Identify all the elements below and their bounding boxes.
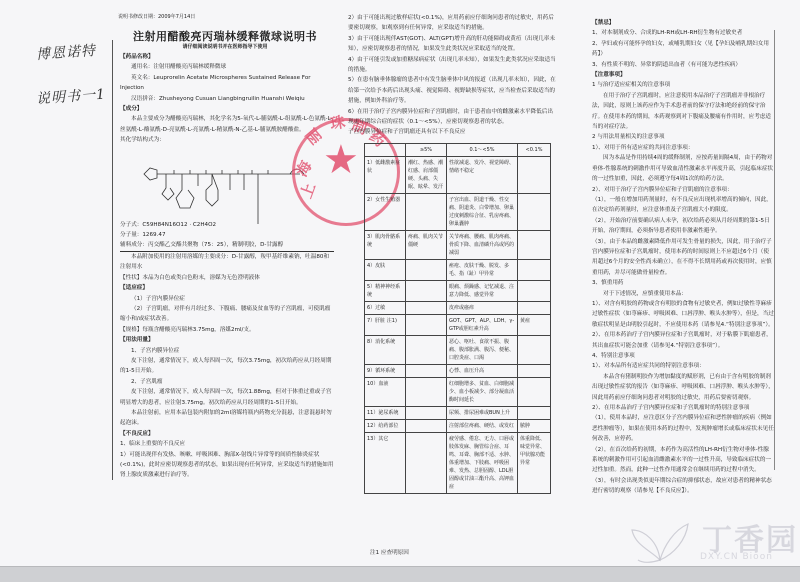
adverse-item: 5）在患有脑垂体腺瘤的患者中有发生脑垂体中风的报道（出现几率未知），因此，在给第… <box>348 75 558 106</box>
handwritten-note-line1: 博恩诺特 <box>35 40 96 64</box>
table-cell <box>518 302 551 315</box>
table-cell: 黄疸 <box>518 315 551 336</box>
precaution-paragraph: （2），开始治疗前要确认病人未孕，初次给药必须从月经周期的第1-5日开始，治疗期… <box>592 216 774 237</box>
precaution-paragraph: （1），使用本品时，应注意区分子宫内膜异位症和恶性肿瘤的疾病（例如恶性肿瘤等），… <box>592 413 774 444</box>
table-row: 10）血液红细胞增多、贫血、白细胞减少、血小板减少、部分凝血活酶时间延长 <box>365 378 551 407</box>
table-cell <box>518 365 551 378</box>
precaution-paragraph: 2）、在用本品治疗子宫内膜异位症和子宫肌瘤时的特别注意事项 <box>592 403 774 413</box>
precaution-paragraph: 1 与治疗适应症相关的注意事项 <box>592 80 774 90</box>
table-row: 12）给药部位注射部位疼痛、硬结、或发红脓肿 <box>365 420 551 433</box>
table-cell: 注射部位疼痛、硬结、或发红 <box>447 420 518 433</box>
precaution-paragraph: 2）、对用于治疗子宫内膜异位症和子宫肌瘤的注意事项： <box>592 185 774 195</box>
english-name: 英文名：Leuprorelin Acetate Microspheres Sus… <box>120 73 334 94</box>
table-row: 1）低雌激素症状潮红、热感、潮红感、肩部僵硬、头痛、失眠、眩晕、发汗性欲减退、发… <box>365 157 551 194</box>
table-cell: 2）女性生殖器 <box>365 194 406 231</box>
contraindication-item: 2、孕妇或有可能怀孕的妇女，或哺乳期妇女（见【孕妇及哺乳期妇女用药】） <box>592 39 774 60</box>
table-cell: 眼痛、烦躁感、记忆减退、注意力降低、感觉异常 <box>447 281 518 302</box>
indication-item: （1）子宫内膜异位症 <box>120 294 334 304</box>
dosage-item: 皮下注射，通常情况下，成人每四周一次，每次1.88mg，但对于体重过重或子宫明显… <box>120 387 334 408</box>
precaution-paragraph: 1）、对含有明胶的药物或含有明胶的食物有过敏史者，例如过敏性荨麻疹过敏性症状（如… <box>592 299 774 330</box>
adverse-item: 2）由于可能出现过敏样症状(<0.1%)，应用药前应仔细询问患者的过敏史，用药后… <box>348 13 558 34</box>
table-cell: 尿频、排尿困难或BUN上升 <box>447 407 518 420</box>
table-cell <box>406 302 447 315</box>
pinyin-name: 汉语拼音：Zhusheyong Cusuan Liangbingruilin H… <box>120 94 334 104</box>
table-cell: 脓肿 <box>518 420 551 433</box>
precaution-paragraph: 在用于治疗子宫肌瘤时，应注意使用本品治疗子宫肌瘤并非根治疗法，因此，原则上该药应… <box>592 91 774 133</box>
table-cell <box>406 420 447 433</box>
revision-date: 说明书修改日期：2009年7月14日 <box>118 13 195 20</box>
dosage-item: 本品注射前，应用本品包装内附加的2ml溶媒将瓶内药物充分混悬，注意混悬时勿起泡沫… <box>120 408 334 429</box>
specification: 【规格】每瓶含醋酸亮丙瑞林3.75mg，溶媒2ml/支。 <box>120 325 334 335</box>
table-header <box>365 144 406 157</box>
adverse-sub: 1、临床上重要的不良反应 <box>120 439 334 449</box>
table-header-row: ≥5% 0.1～<5% <0.1% <box>365 144 551 157</box>
section-drug-name: 【药品名称】 <box>120 52 334 62</box>
table-cell <box>406 433 447 494</box>
table-cell: 5）精神神经系统 <box>365 281 406 302</box>
table-row: 5）精神神经系统眼痛、烦躁感、记忆减退、注意力降低、感觉异常 <box>365 281 551 302</box>
indication-item: （2）子宫肌瘤，对伴有月经过多、下腹痛、腰痛及贫血等的子宫肌瘤，可使肌瘤缩小和/… <box>120 304 334 325</box>
precaution-paragraph: （1），一般在增加用药剂量时，有不良反应出现机率增高的倾向，因此，在决定给药剂量… <box>592 195 774 216</box>
table-cell: 4）皮肤 <box>365 260 406 281</box>
fold-line-right <box>774 30 775 470</box>
adverse-reactions-table: ≥5% 0.1～<5% <0.1% 1）低雌激素症状潮红、热感、潮红感、肩部僵硬… <box>364 143 551 494</box>
precaution-paragraph: 2）、在用本药治疗子宫内膜异位症和子宫肌瘤时，对于粘膜下肌瘤患者，其出血症状可能… <box>592 330 774 351</box>
table-row: 9）循环系统心悸、血压升高 <box>365 365 551 378</box>
table-cell: 痤疮、皮肤干燥、脱发、多毛、指（趾）甲异常 <box>447 260 518 281</box>
table-cell: GOT、GPT、ALP、LDH、γ-GTP或胆红素升高 <box>447 315 518 336</box>
section-precautions: 【注意事项】 <box>592 70 774 80</box>
precaution-paragraph: 1）、对本品所有适应症共同的特别注意事项： <box>592 361 774 371</box>
table-cell <box>406 336 447 365</box>
middle-column: 2）由于可能出现过敏样症状(<0.1%)，应用药前应仔细询问患者的过敏史，用药后… <box>348 13 558 138</box>
contraindication-item: 1、对本制剂成分、合成的LH-RH或LH-RH衍生物有过敏史者 <box>592 28 774 38</box>
table-row: 6）过敏皮疹或瘙痒 <box>365 302 551 315</box>
table-cell <box>518 260 551 281</box>
section-composition: 【成分】 <box>120 104 334 114</box>
table-cell: 关节疼痛、腰痛、肌肉疼痛、骨质下降、血清磷升高或钙的减弱 <box>447 231 518 260</box>
generic-name: 通用名：注射用醋酸亮丙瑞林缓释微球 <box>120 62 334 72</box>
scan-bottom-edge <box>0 566 800 582</box>
table-cell: 13）其它 <box>365 433 406 494</box>
table-row: 7）肝脏 注1)GOT、GPT、ALP、LDH、γ-GTP或胆红素升高黄疸 <box>365 315 551 336</box>
table-cell: 皮疹或瘙痒 <box>447 302 518 315</box>
table-cell: 性欲减退、发冷、视觉障碍、情绪不稳定 <box>447 157 518 194</box>
table-cell: 11）泌尿系统 <box>365 407 406 420</box>
table-cell: 疲劳感、倦怠、无力、口唇或肢体发麻、胸管综合症、耳鸣、耳聋、胸部不适、水肿、体重… <box>447 433 518 494</box>
table-cell: 红细胞增多、贫血、白细胞减少、血小板减少、部分凝血活酶时间延长 <box>447 378 518 407</box>
section-dosage: 【用法用量】 <box>120 335 334 345</box>
document-subtitle: 请仔细阅读说明书并在医师指导下使用 <box>118 43 332 50</box>
section-indications: 【适应症】 <box>120 283 334 293</box>
table-cell <box>406 281 447 302</box>
contraindication-item: 3、有性质不明的、异常的阴道出血者（有可能为恶性疾病） <box>592 60 774 70</box>
table-cell: 心悸、血压升高 <box>447 365 518 378</box>
table-cell <box>518 194 551 231</box>
table-cell: 12）给药部位 <box>365 420 406 433</box>
precaution-paragraph: 4、特别注意事项 <box>592 351 774 361</box>
dosage-item: 1、子宫内膜异位症 <box>120 346 334 356</box>
fold-line-left <box>112 40 113 480</box>
table-cell: 潮红、热感、潮红感、肩部僵硬、头痛、失眠、眩晕、发汗 <box>406 157 447 194</box>
table-cell: 子宫出血、阴道干燥、性交痛、阴道炎、白带增加、卵巢过度刺激综合征、乳房疼痛、卵巢… <box>447 194 518 231</box>
seal-star-icon: ★ <box>323 140 359 180</box>
precaution-paragraph: 3、慎重用药 <box>592 278 774 288</box>
table-footnote: 注1 应查明原因 <box>370 548 409 558</box>
table-row: 4）皮肤痤疮、皮肤干燥、脱发、多毛、指（趾）甲异常 <box>365 260 551 281</box>
description: 【性状】本品为白色或类白色粉末，溶媒为无色澄明液体 <box>120 273 334 283</box>
molecular-weight: 分子量：1269.47 <box>120 230 334 240</box>
precaution-paragraph: （2），在首次给药的初期，本药作为高活性的LH-RH衍生物对垂体-性腺系统的刺激… <box>592 445 774 476</box>
table-cell <box>406 407 447 420</box>
table-cell <box>406 315 447 336</box>
table-header: ≥5% <box>406 144 447 157</box>
adverse-item: 4）由于可能引发或加重糖尿病症状（出现几率未知），如果发生此类状况应采取适当的措… <box>348 55 558 76</box>
table-intro: 子宫内膜异位症和子宫肌瘤还具有以下不良反应 <box>348 127 558 137</box>
table-cell: 8）消化系统 <box>365 336 406 365</box>
table-row: 13）其它疲劳感、倦怠、无力、口唇或肢体发麻、胸管综合症、耳鸣、耳聋、胸部不适、… <box>365 433 551 494</box>
dosage-item: 皮下注射，通常情况下，成人每四周一次，每次3.75mg，初次给药应从月经周期的1… <box>120 356 334 377</box>
precaution-paragraph: 因为本品是作用持续4周的缓释制剂，应按药量间隔4周，由于药物对垂体-性腺系统的刺… <box>592 153 774 184</box>
table-cell: 3）肌肉骨骼系统 <box>365 231 406 260</box>
excipients: 辅料成分：丙交酯乙交酯共聚物（75：25），精制明胶，D-甘露醇 <box>120 240 334 251</box>
table-cell <box>518 336 551 365</box>
table-cell: 疼痛、肌肉关节僵硬 <box>406 231 447 260</box>
precaution-paragraph: 1）、对用于所有适应症的共同注意事项： <box>592 143 774 153</box>
table-cell: 6）过敏 <box>365 302 406 315</box>
table-cell: 1）低雌激素症状 <box>365 157 406 194</box>
table-cell <box>406 194 447 231</box>
table-cell <box>518 281 551 302</box>
adverse-item: 6）在用于治疗子宫内膜异位症和子宫肌瘤时，由于患者血中的雌激素水平降低后出现更年… <box>348 107 558 128</box>
table-cell: 10）血液 <box>365 378 406 407</box>
watermark-leaf-icon <box>630 520 690 565</box>
section-adverse: 【不良反应】 <box>120 429 334 439</box>
adverse-item: 1）可能出现伴有发热、咳嗽、呼吸困难、胸部X-射线片异常等的间质性肺炎症状(<0… <box>120 450 334 481</box>
right-column: 【禁忌】 1、对本制剂成分、合成的LH-RH或LH-RH衍生物有过敏史者 2、孕… <box>592 18 774 497</box>
table-cell <box>518 231 551 260</box>
table-header: 0.1～<5% <box>447 144 518 157</box>
left-column: 【药品名称】 通用名：注射用醋酸亮丙瑞林缓释微球 英文名：Leuprorelin… <box>120 52 334 481</box>
precaution-paragraph: 本品含有猪制明胶作为增加黏度的赋形剂，已有由于含有明胶的制剂出现过敏性症状的报告… <box>592 372 774 403</box>
table-cell: 恶心、呕吐、食欲不振、腹痛、腹部胀满、腹泻、便秘、口腔炎症、口渴 <box>447 336 518 365</box>
table-cell <box>518 157 551 194</box>
table-cell <box>406 365 447 378</box>
dosage-item: 2、子宫肌瘤 <box>120 377 334 387</box>
document-title: 注射用醋酸亮丙瑞林缓释微球说明书 <box>118 28 332 44</box>
table-cell: 体重降低、味觉异常、甲状腺功能异常 <box>518 433 551 494</box>
precaution-paragraph: （3），有时会出现类似更年期综合症的抑郁状态，故应对患者的精神状态进行密切的观察… <box>592 476 774 497</box>
scanned-document-page: 博恩诺特 说明书一1 说明书修改日期：2009年7月14日 注射用醋酸亮丙瑞林缓… <box>0 0 800 566</box>
table-row: 3）肌肉骨骼系统疼痛、肌肉关节僵硬关节疼痛、腰痛、肌肉疼痛、骨质下降、血清磷升高… <box>365 231 551 260</box>
table-cell: 9）循环系统 <box>365 365 406 378</box>
watermark-subtext: DXY.CN Bioon <box>700 552 773 562</box>
table-cell <box>406 378 447 407</box>
table-row: 11）泌尿系统尿频、排尿困难或BUN上升 <box>365 407 551 420</box>
table-cell <box>406 260 447 281</box>
table-row: 8）消化系统恶心、呕吐、食欲不振、腹痛、腹部胀满、腹泻、便秘、口腔炎症、口渴 <box>365 336 551 365</box>
section-contraindications: 【禁忌】 <box>592 18 774 28</box>
table-cell <box>518 407 551 420</box>
solvent: 本品附加使用的注射用溶媒的主要成分：D-甘露醇，羧甲基纤维素钠，吐温80和注射用… <box>120 252 334 273</box>
precaution-paragraph: （3），由于本品的雌激素降低作用可发生骨量的损失，因此，用于治疗子宫内膜异位症和… <box>592 237 774 279</box>
seal-text: 珠 <box>328 111 346 134</box>
table-cell: 7）肝脏 注1) <box>365 315 406 336</box>
precaution-paragraph: 2 与用法用量相关的注意事项 <box>592 132 774 142</box>
handwritten-note-line2: 说明书一1 <box>35 84 106 109</box>
precaution-paragraph: 对于下述情况，应慎重使用本品： <box>592 289 774 299</box>
table-cell <box>518 378 551 407</box>
precautions-list: 1 与治疗适应症相关的注意事项在用于治疗子宫肌瘤时，应注意使用本品治疗子宫肌瘤并… <box>592 80 774 496</box>
table-header: <0.1% <box>518 144 551 157</box>
adverse-item: 3）由于可能出现伴AST(GOT)、ALT(GPT)增升高的肝功能障碍或黄疸（出… <box>348 34 558 55</box>
table-row: 2）女性生殖器子宫出血、阴道干燥、性交痛、阴道炎、白带增加、卵巢过度刺激综合征、… <box>365 194 551 231</box>
